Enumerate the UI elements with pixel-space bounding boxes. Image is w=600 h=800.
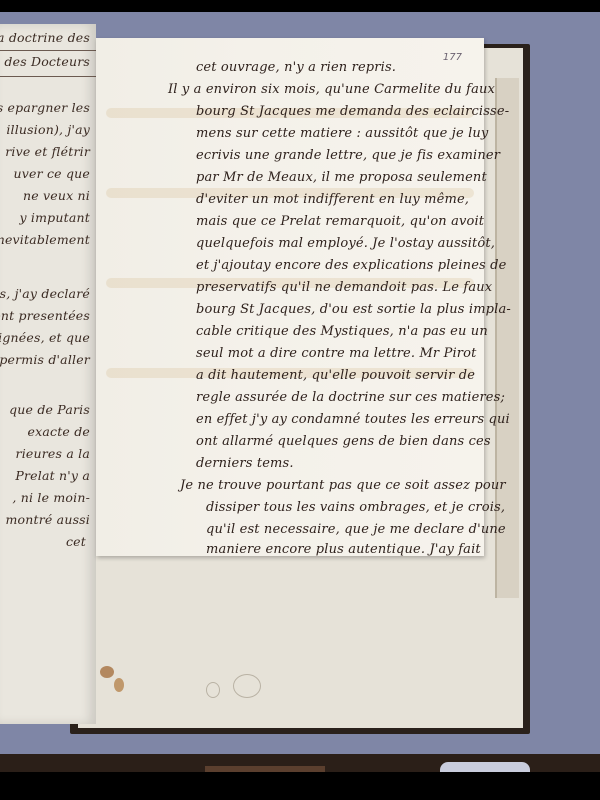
left-line: rieures a la (16, 446, 90, 461)
text-line: ecrivis une grande lettre, que je fis ex… (196, 148, 500, 163)
text-line: par Mr de Meaux, il me proposa seulement (196, 170, 487, 185)
left-line: la doctrine des (0, 30, 90, 45)
left-line: illusion), j'ay (6, 122, 90, 137)
text-line: a dit hautement, qu'elle pouvoit servir … (196, 368, 475, 383)
text-line: bourg St Jacques, d'ou est sortie la plu… (196, 302, 511, 317)
left-page: la doctrine des ne des Docteurs s epargn… (0, 24, 96, 724)
left-line: ons, j'ay declaré (0, 286, 90, 301)
photo-background: la doctrine des ne des Docteurs s epargn… (0, 12, 600, 772)
text-line: Je ne trouve pourtant pas que ce soit as… (180, 478, 506, 493)
text-line: derniers tems. (196, 456, 294, 471)
text-line: mens sur cette matiere : aussitôt que je… (196, 126, 488, 141)
left-line: signées, et que (0, 330, 90, 345)
rule-line (0, 76, 96, 77)
text-line: regle assurée de la doctrine sur ces mat… (196, 390, 505, 405)
left-line: Prelat n'y a (15, 468, 90, 483)
text-line: mais que ce Prelat remarquoit, qu'on avo… (196, 214, 484, 229)
background-cloth (440, 762, 530, 772)
text-line: maniere encore plus autentique. J'ay fai… (206, 542, 481, 557)
text-line: Il y a environ six mois, qu'une Carmelit… (168, 82, 495, 97)
stain (114, 678, 124, 692)
left-line: s epargner les (0, 100, 90, 115)
left-line: ne des Docteurs (0, 54, 90, 69)
folio-number: 177 (443, 52, 462, 63)
left-line: nevitablement (0, 232, 90, 247)
text-line: quelquefois mal employé. Je l'ostay auss… (196, 236, 495, 251)
manuscript-page: 177 cet ouvrage, n'y a rien repris. Il y… (96, 38, 484, 556)
left-line: cet (66, 534, 86, 549)
letterbox-bar (0, 772, 600, 800)
text-line: d'eviter un mot indifferent en luy même, (196, 192, 469, 207)
text-line: ont allarmé quelques gens de bien dans c… (196, 434, 491, 449)
left-line: que de Paris (9, 402, 90, 417)
left-line: rive et flétrir (5, 144, 90, 159)
left-line: permis d'aller (0, 352, 90, 367)
text-line: bourg St Jacques me demanda des eclairci… (196, 104, 509, 119)
paper-hole (233, 674, 261, 698)
left-line: y imputant (20, 210, 91, 225)
left-line: ont presentées (0, 308, 90, 323)
text-line: dissiper tous les vains ombrages, et je … (206, 500, 505, 515)
rule-line (0, 50, 96, 51)
table-edge (0, 754, 600, 772)
text-line: preservatifs qu'il ne demandoit pas. Le … (196, 280, 492, 295)
text-line: cet ouvrage, n'y a rien repris. (196, 60, 396, 75)
text-line: qu'il est necessaire, que je me declare … (206, 522, 506, 537)
text-line: en effet j'y ay condamné toutes les erre… (196, 412, 510, 427)
left-line: montré aussi (5, 512, 90, 527)
text-line: cable critique des Mystiques, n'a pas eu… (196, 324, 488, 339)
stain (100, 666, 114, 678)
text-line: seul mot a dire contre ma lettre. Mr Pir… (196, 346, 477, 361)
left-line: , ni le moin- (12, 490, 90, 505)
left-line: ne veux ni (23, 188, 90, 203)
left-line: exacte de (28, 424, 91, 439)
paper-hole (206, 682, 220, 698)
text-line: et j'ajoutay encore des explications ple… (196, 258, 506, 273)
left-line: uver ce que (14, 166, 90, 181)
